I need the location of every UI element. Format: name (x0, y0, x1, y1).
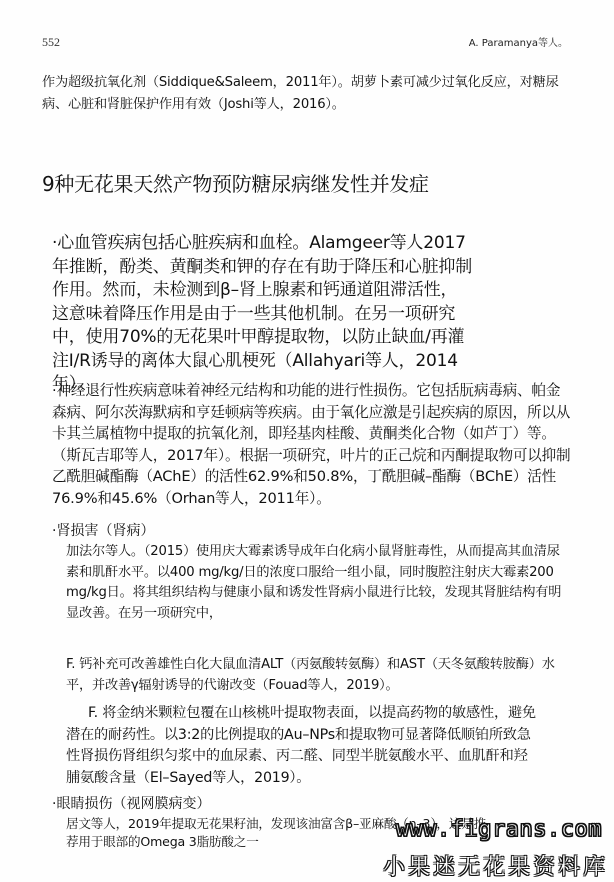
kidney-heading: ·肾损害（肾病） (52, 520, 154, 540)
neurodegenerative-paragraph: ·神经退行性疾病意味着神经元结构和功能的进行性损伤。它包括朊病毒病、帕金森病、阿… (52, 380, 572, 509)
calcium-paragraph: F. 钙补充可改善雄性白化大鼠血清ALT（丙氨酸转氨酶）和AST（天冬氨酸转胺酶… (66, 655, 566, 696)
intro-paragraph: 作为超级抗氧化剂（Siddique&Saleem，2011年）。胡萝卜素可减少过… (42, 72, 562, 116)
watermark-url: www.figrans.com (396, 817, 602, 842)
kidney-paragraph: 加法尔等人。（2015）使用庆大霉素诱导成年白化病小鼠肾脏毒性，从而提高其血清尿… (66, 542, 566, 624)
watermark-name: 小果迷无花果资料库 (383, 850, 608, 881)
gold-nanoparticle-paragraph: F. 将金纳米颗粒包覆在山核桃叶提取物表面，以提高药物的敏感性，避免潜在的耐药性… (66, 703, 536, 789)
section-title: 9种无花果天然产物预防糖尿病继发性并发症 (42, 168, 429, 197)
document-page: 552 A. Paramanya等人。 作为超级抗氧化剂（Siddique&Sa… (0, 0, 614, 882)
cardiovascular-paragraph: ·心血管疾病包括心脏疾病和血栓。Alamgeer等人2017年推断，酚类、黄酮类… (52, 232, 472, 397)
page-number: 552 (42, 35, 60, 50)
eye-heading: ·眼睛损伤（视网膜病变） (52, 793, 210, 813)
running-head: A. Paramanya等人。 (469, 34, 568, 49)
gold-nanoparticle-text: F. 将金纳米颗粒包覆在山核桃叶提取物表面，以提高药物的敏感性，避免潜在的耐药性… (66, 705, 536, 786)
